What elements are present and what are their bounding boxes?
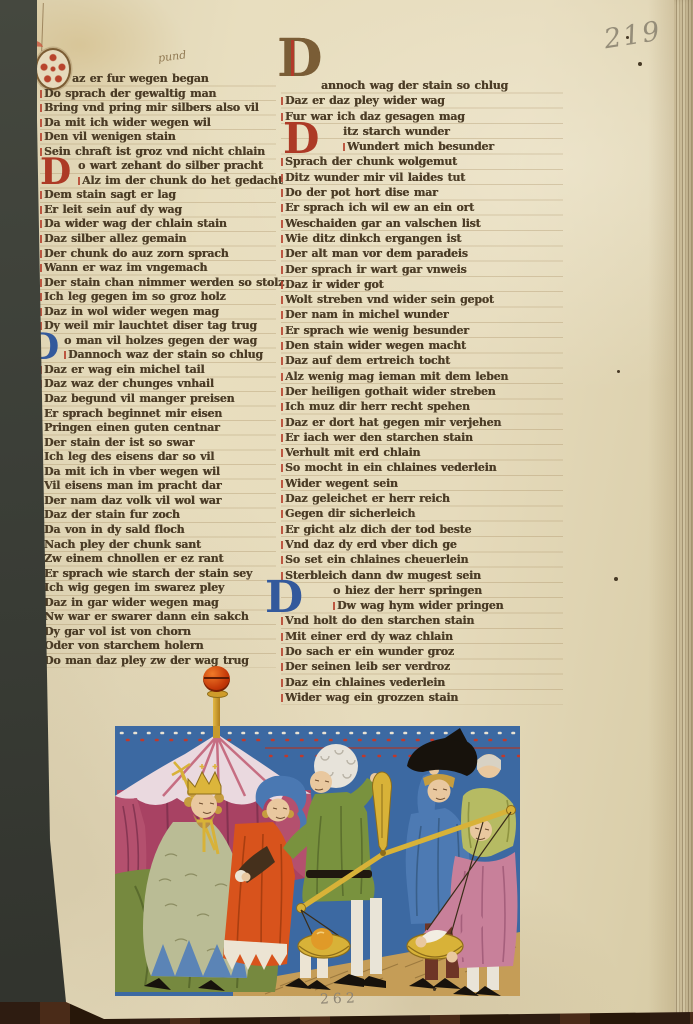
verse-line: Der sprach ir wart gar vnweis [281,262,563,277]
verse-text: Do man daz pley zw der wag trug [44,654,249,667]
verse-line: Der stain chan nimmer werden so stolz [40,276,276,291]
verse-line: So set ein chlaines cheuerlein [281,552,563,567]
versal-stroke [281,556,283,564]
versal-stroke [281,174,283,182]
versal-stroke [40,613,42,621]
versal-stroke [333,602,335,610]
tent-finial-ball-icon [203,666,230,692]
verse-text: Daz er daz pley wider wag [285,94,445,107]
verse-text: o wart zehant do silber pracht [78,159,263,172]
versal-stroke [281,296,283,304]
verse-text: Der heiligen gothait wider streben [285,385,495,398]
verse-text: Wider wag ein grozzen stain [285,691,458,704]
verse-line: Do sach er ein wunder groz [281,644,563,659]
verse-line: Bring vnd pring mir silbers also vil [40,101,276,116]
verse-text: Den stain wider wegen macht [285,339,466,352]
versal-stroke [40,293,42,301]
versal-stroke [40,468,42,476]
verse-line: Wie ditz dinkch ergangen ist [281,231,563,246]
versal-stroke [40,511,42,519]
versal-stroke [281,266,283,274]
verse-line: az er fur wegen began [40,72,276,87]
versal-stroke [281,357,283,365]
verse-text: Daz ein chlaines vederlein [285,676,445,689]
verse-line: Der alt man vor dem paradeis [281,246,563,261]
verse-line: Den stain wider wegen macht [281,338,563,353]
verse-line: Daz ir wider got [281,277,563,292]
versal-stroke [40,482,42,490]
verse-line: Den vil wenigen stain [40,130,276,145]
verse-text: Der seinen leib ser verdroz [285,660,450,673]
verse-line: Daz geleichet er herr reich [281,491,563,506]
marginal-annotation: pund [157,48,187,64]
verse-line: Da wider wag der chlain stain [40,217,276,232]
versal-stroke [40,439,42,447]
verse-text: Do der pot hort dise mar [285,186,438,199]
verse-line: Dy gar vol ist von chorn [40,625,276,640]
illuminated-initial-ornate [40,72,72,86]
verse-text: Er gicht alz dich der tod beste [285,523,471,536]
verse-text: Alz im der chunk do het gedacht [82,174,283,187]
versal-stroke [78,177,80,185]
verse-text: Daz ir wider got [285,278,383,291]
verse-line: Vnd holt do den starchen stain [281,613,563,628]
verse-text: Ditz wunder mir vil laides tut [285,171,465,184]
verse-line: Wider wag ein grozzen stain [281,690,563,705]
fore-edge-shadow [648,0,674,1024]
verse-line: Er sprach ich wil ew an ein ort [281,200,563,215]
verse-text: Vil eisens man im pracht dar [44,479,221,492]
verse-text: Do sprach der gewaltig man [44,87,216,100]
verse-text: itz starch wunder [343,125,450,138]
manuscript-page: 219 pund az er fur wegen beganDo sprach … [0,0,693,1024]
verse-text: Er iach wer den starchen stain [285,431,473,444]
verse-line: Sprach der chunk wolgemut [281,154,563,169]
verse-line: Er gicht alz dich der tod beste [281,522,563,537]
verse-text: Zw einem chnollen er ez rant [44,552,223,565]
versal-stroke [40,657,42,665]
folio-number-bottom: 262 [320,990,359,1007]
verse-line: Ich wig gegen im swarez pley [40,581,276,596]
verse-line: Wundert mich besunder [281,139,563,154]
text-column-right: annoch wag der stain so chlugDaz er daz … [281,78,563,705]
verse-text: Daz auf dem ertreich tocht [285,354,450,367]
verse-text: Nw war er swarer dann ein sakch [44,610,249,623]
versal-stroke [281,250,283,258]
versal-stroke [40,191,42,199]
verse-line: Der heiligen gothait wider streben [281,384,563,399]
verse-text: Ich wig gegen im swarez pley [44,581,224,594]
verse-text: Da wider wag der chlain stain [44,217,227,230]
verse-line: Wolt streben vnd wider sein gepot [281,292,563,307]
verse-text: Daz silber allez gemain [44,232,186,245]
versal-stroke [281,679,283,687]
verse-line: Er sprach wie starch der stain sey [40,567,276,582]
verse-text: Dannoch waz der stain so chlug [68,348,263,361]
verse-text: o man vil holzes gegen der wag [64,334,257,347]
verse-text: Bring vnd pring mir silbers also vil [44,101,259,114]
verse-line: Wann er waz im vngemach [40,261,276,276]
verse-line: Alz wenig mag ieman mit dem leben [281,369,563,384]
verse-text: Er sprach wie wenig besunder [285,324,469,337]
verse-text: Da von in dy sald floch [44,523,184,536]
verse-text: Dy gar vol ist von chorn [44,625,191,638]
versal-stroke [40,264,42,272]
versal-stroke [281,663,283,671]
verse-line: Sterbleich dann dw mugest sein [281,568,563,583]
versal-stroke [40,104,42,112]
versal-stroke [281,158,283,166]
verse-line: Sein chraft ist groz vnd nicht chlain [40,145,276,160]
versal-stroke [40,380,42,388]
versal-stroke [281,434,283,442]
versal-stroke [281,495,283,503]
verse-line: Daz in wol wider wegen mag [40,305,276,320]
verse-text: o hiez der herr springen [333,584,482,597]
verse-line: Do man daz pley zw der wag trug [40,654,276,669]
verse-line: Nw war er swarer dann ein sakch [40,610,276,625]
verse-line: Der nam in michel wunder [281,307,563,322]
verse-text: Dem stain sagt er lag [44,188,176,201]
verse-text: Sein chraft ist groz vnd nicht chlain [44,145,265,158]
versal-stroke [281,510,283,518]
verse-line: Ich leg gegen im so groz holz [40,290,276,305]
versal-stroke [281,464,283,472]
verse-line: Ditz starch wunder [281,124,563,139]
verse-text: Der sprach ir wart gar vnweis [285,263,466,276]
verse-line: Fur war ich daz gesagen mag [281,109,563,124]
verse-line: Pringen einen guten centnar [40,421,276,436]
verse-line: Da mit ich in vber wegen wil [40,465,276,480]
verse-text: Er sprach ich wil ew an ein ort [285,201,474,214]
text-column-left: az er fur wegen beganDo sprach der gewal… [40,72,276,668]
verse-line: Daz in gar wider wegen mag [40,596,276,611]
versal-stroke [40,279,42,287]
versal-stroke [281,220,283,228]
verse-line: Dem stain sagt er lag [40,188,276,203]
verse-text: Er leit sein auf dy wag [44,203,182,216]
versal-stroke [40,250,42,258]
verse-text: Da mit ich wider wegen wil [44,116,211,129]
verse-text: Wolt streben vnd wider sein gepot [285,293,494,306]
tent-finial-band [204,677,229,679]
verse-text: Da mit ich in vber wegen wil [44,465,220,478]
verse-text: Der chunk do auz zorn sprach [44,247,228,260]
verse-line: Da mit ich wider wegen wil [40,116,276,131]
verse-line: Mit einer erd dy waz chlain [281,629,563,644]
verse-text: Daz er dort hat gegen mir verjehen [285,416,501,429]
wormhole-speck [626,36,629,39]
verse-line: Wider wegent sein [281,476,563,491]
verse-text: Nach pley der chunk sant [44,538,201,551]
versal-stroke [281,342,283,350]
verse-text: Der nam in michel wunder [285,308,448,321]
versal-stroke [281,189,283,197]
verse-text: Do sach er ein wunder groz [285,645,454,658]
verse-line: Oder von starchem holern [40,639,276,654]
book-fore-edge [674,0,693,1024]
versal-stroke [281,526,283,534]
verse-line: Gegen dir sicherleich [281,506,563,521]
versal-stroke [40,599,42,607]
versal-stroke [281,633,283,641]
versal-stroke [281,97,283,105]
verse-text: Wie ditz dinkch ergangen ist [285,232,461,245]
verse-line: Der chunk do auz zorn sprach [40,247,276,262]
verse-line: Ich muz dir herr recht spehen [281,399,563,414]
versal-stroke [281,373,283,381]
verse-text: So mocht in ein chlaines vederlein [285,461,496,474]
versal-stroke [40,133,42,141]
verse-text: az er fur wegen began [72,72,208,85]
tent-pole [213,695,220,729]
versal-stroke [40,570,42,578]
verse-line: Verhult mit erd chlain [281,445,563,460]
versal-stroke [281,480,283,488]
verse-text: Daz in gar wider wegen mag [44,596,218,609]
verse-line: Daz auf dem ertreich tocht [281,353,563,368]
verse-line: Do hiez der herr springen [281,583,563,598]
verse-line: Vnd daz dy erd vber dich ge [281,537,563,552]
verse-line: Do man vil holzes gegen der wag [40,334,276,349]
verse-line: Vil eisens man im pracht dar [40,479,276,494]
verse-text: Alz wenig mag ieman mit dem leben [285,370,508,383]
verse-line: Daz er wag ein michel tail [40,363,276,378]
verse-text: Daz er wag ein michel tail [44,363,204,376]
verse-text: Vnd daz dy erd vber dich ge [285,538,457,551]
verse-line: Er sprach wie wenig besunder [281,323,563,338]
verse-text: So set ein chlaines cheuerlein [285,553,468,566]
verse-text: Vnd holt do den starchen stain [285,614,474,627]
verse-line: Da von in dy sald floch [40,523,276,538]
verse-text: Ich muz dir herr recht spehen [285,400,470,413]
versal-stroke [40,90,42,98]
versal-stroke [40,366,42,374]
verse-line: Daz silber allez gemain [40,232,276,247]
verse-text: Wann er waz im vngemach [44,261,207,274]
verse-text: Verhult mit erd chlain [285,446,420,459]
verse-line: Er sprach beginnet mir eisen [40,407,276,422]
verse-text: annoch wag der stain so chlug [321,79,508,92]
versal-stroke [281,235,283,243]
versal-stroke [40,206,42,214]
verse-line: Er iach wer den starchen stain [281,430,563,445]
verse-line: So mocht in ein chlaines vederlein [281,460,563,475]
verse-line: Nach pley der chunk sant [40,538,276,553]
versal-stroke [64,351,66,359]
versal-stroke [281,204,283,212]
verse-line: Der nam daz volk vil wol war [40,494,276,509]
versal-stroke [40,410,42,418]
verse-text: Ich leg gegen im so groz holz [44,290,225,303]
verse-text: Der stain der ist so swar [44,436,194,449]
verse-text: Er sprach wie starch der stain sey [44,567,252,580]
verse-text: Wider wegent sein [285,477,398,490]
verse-text: Den vil wenigen stain [44,130,175,143]
versal-stroke [40,497,42,505]
verse-line: Daz er daz pley wider wag [281,93,563,108]
verse-text: Weschaiden gar an valschen list [285,217,480,230]
versal-stroke [281,449,283,457]
illuminated-initial-cadel [281,78,321,91]
verse-text: Daz in wol wider wegen mag [44,305,219,318]
verse-line: Der stain der ist so swar [40,436,276,451]
versal-stroke [40,220,42,228]
verse-text: Er sprach beginnet mir eisen [44,407,222,420]
verse-text: Daz der stain fur zoch [44,508,180,521]
versal-stroke [40,453,42,461]
verse-line: Ditz wunder mir vil laides tut [281,170,563,185]
versal-stroke [40,424,42,432]
versal-stroke [281,281,283,289]
versal-stroke [343,143,345,151]
verse-line: Der seinen leib ser verdroz [281,659,563,674]
verse-line: annoch wag der stain so chlug [281,78,563,93]
verse-text: Daz geleichet er herr reich [285,492,450,505]
versal-stroke [40,308,42,316]
verse-text: Dy weil mir lauchtet diser tag trug [44,319,257,332]
wormhole-speck [638,62,642,66]
verse-text: Ich leg des eisens dar so vil [44,450,214,463]
versal-stroke [281,327,283,335]
verse-line: Daz begund vil manger preisen [40,392,276,407]
verse-text: Mit einer erd dy waz chlain [285,630,453,643]
verse-line: Dannoch waz der stain so chlug [40,348,276,363]
verse-text: Daz waz der chunges vnhail [44,377,214,390]
stone-in-pan [311,928,333,950]
versal-stroke [281,648,283,656]
verse-text: Der stain chan nimmer werden so stolz [44,276,284,289]
verse-text: Dw wag hym wider pringen [337,599,503,612]
versal-stroke [40,235,42,243]
verse-text: Oder von starchem holern [44,639,203,652]
verse-line: Daz der stain fur zoch [40,508,276,523]
miniature-illustration [115,726,520,996]
verse-line: Dw wag hym wider pringen [281,598,563,613]
verse-text: Pringen einen guten centnar [44,421,220,434]
verse-line: Do wart zehant do silber pracht [40,159,276,174]
verse-text: Sprach der chunk wolgemut [285,155,457,168]
versal-stroke [281,617,283,625]
versal-stroke [40,584,42,592]
verse-line: Daz er dort hat gegen mir verjehen [281,415,563,430]
wormhole-speck [433,988,436,991]
verse-line: Daz waz der chunges vnhail [40,377,276,392]
versal-stroke [40,642,42,650]
versal-stroke [281,541,283,549]
verse-line: Do der pot hort dise mar [281,185,563,200]
wormhole-speck [614,577,618,581]
verse-text: Der nam daz volk vil wol war [44,494,221,507]
versal-stroke [40,628,42,636]
versal-stroke [40,526,42,534]
versal-stroke [281,694,283,702]
verse-line: Dy weil mir lauchtet diser tag trug [40,319,276,334]
verse-line: Ich leg des eisens dar so vil [40,450,276,465]
wormhole-speck [617,370,620,373]
verse-line: Alz im der chunk do het gedacht [40,174,276,189]
versal-stroke [281,403,283,411]
verse-line: Zw einem chnollen er ez rant [40,552,276,567]
verse-text: Der alt man vor dem paradeis [285,247,468,260]
versal-stroke [281,388,283,396]
versal-stroke [40,541,42,549]
verse-line: Er leit sein auf dy wag [40,203,276,218]
verse-text: Sterbleich dann dw mugest sein [285,569,481,582]
versal-stroke [281,311,283,319]
verse-text: Daz begund vil manger preisen [44,392,234,405]
versal-stroke [40,555,42,563]
versal-stroke [281,419,283,427]
verse-text: Wundert mich besunder [347,140,494,153]
versal-stroke [40,119,42,127]
verse-text: Gegen dir sicherleich [285,507,415,520]
versal-stroke [40,395,42,403]
verse-line: Daz ein chlaines vederlein [281,675,563,690]
verse-line: Weschaiden gar an valschen list [281,216,563,231]
verse-line: Do sprach der gewaltig man [40,87,276,102]
